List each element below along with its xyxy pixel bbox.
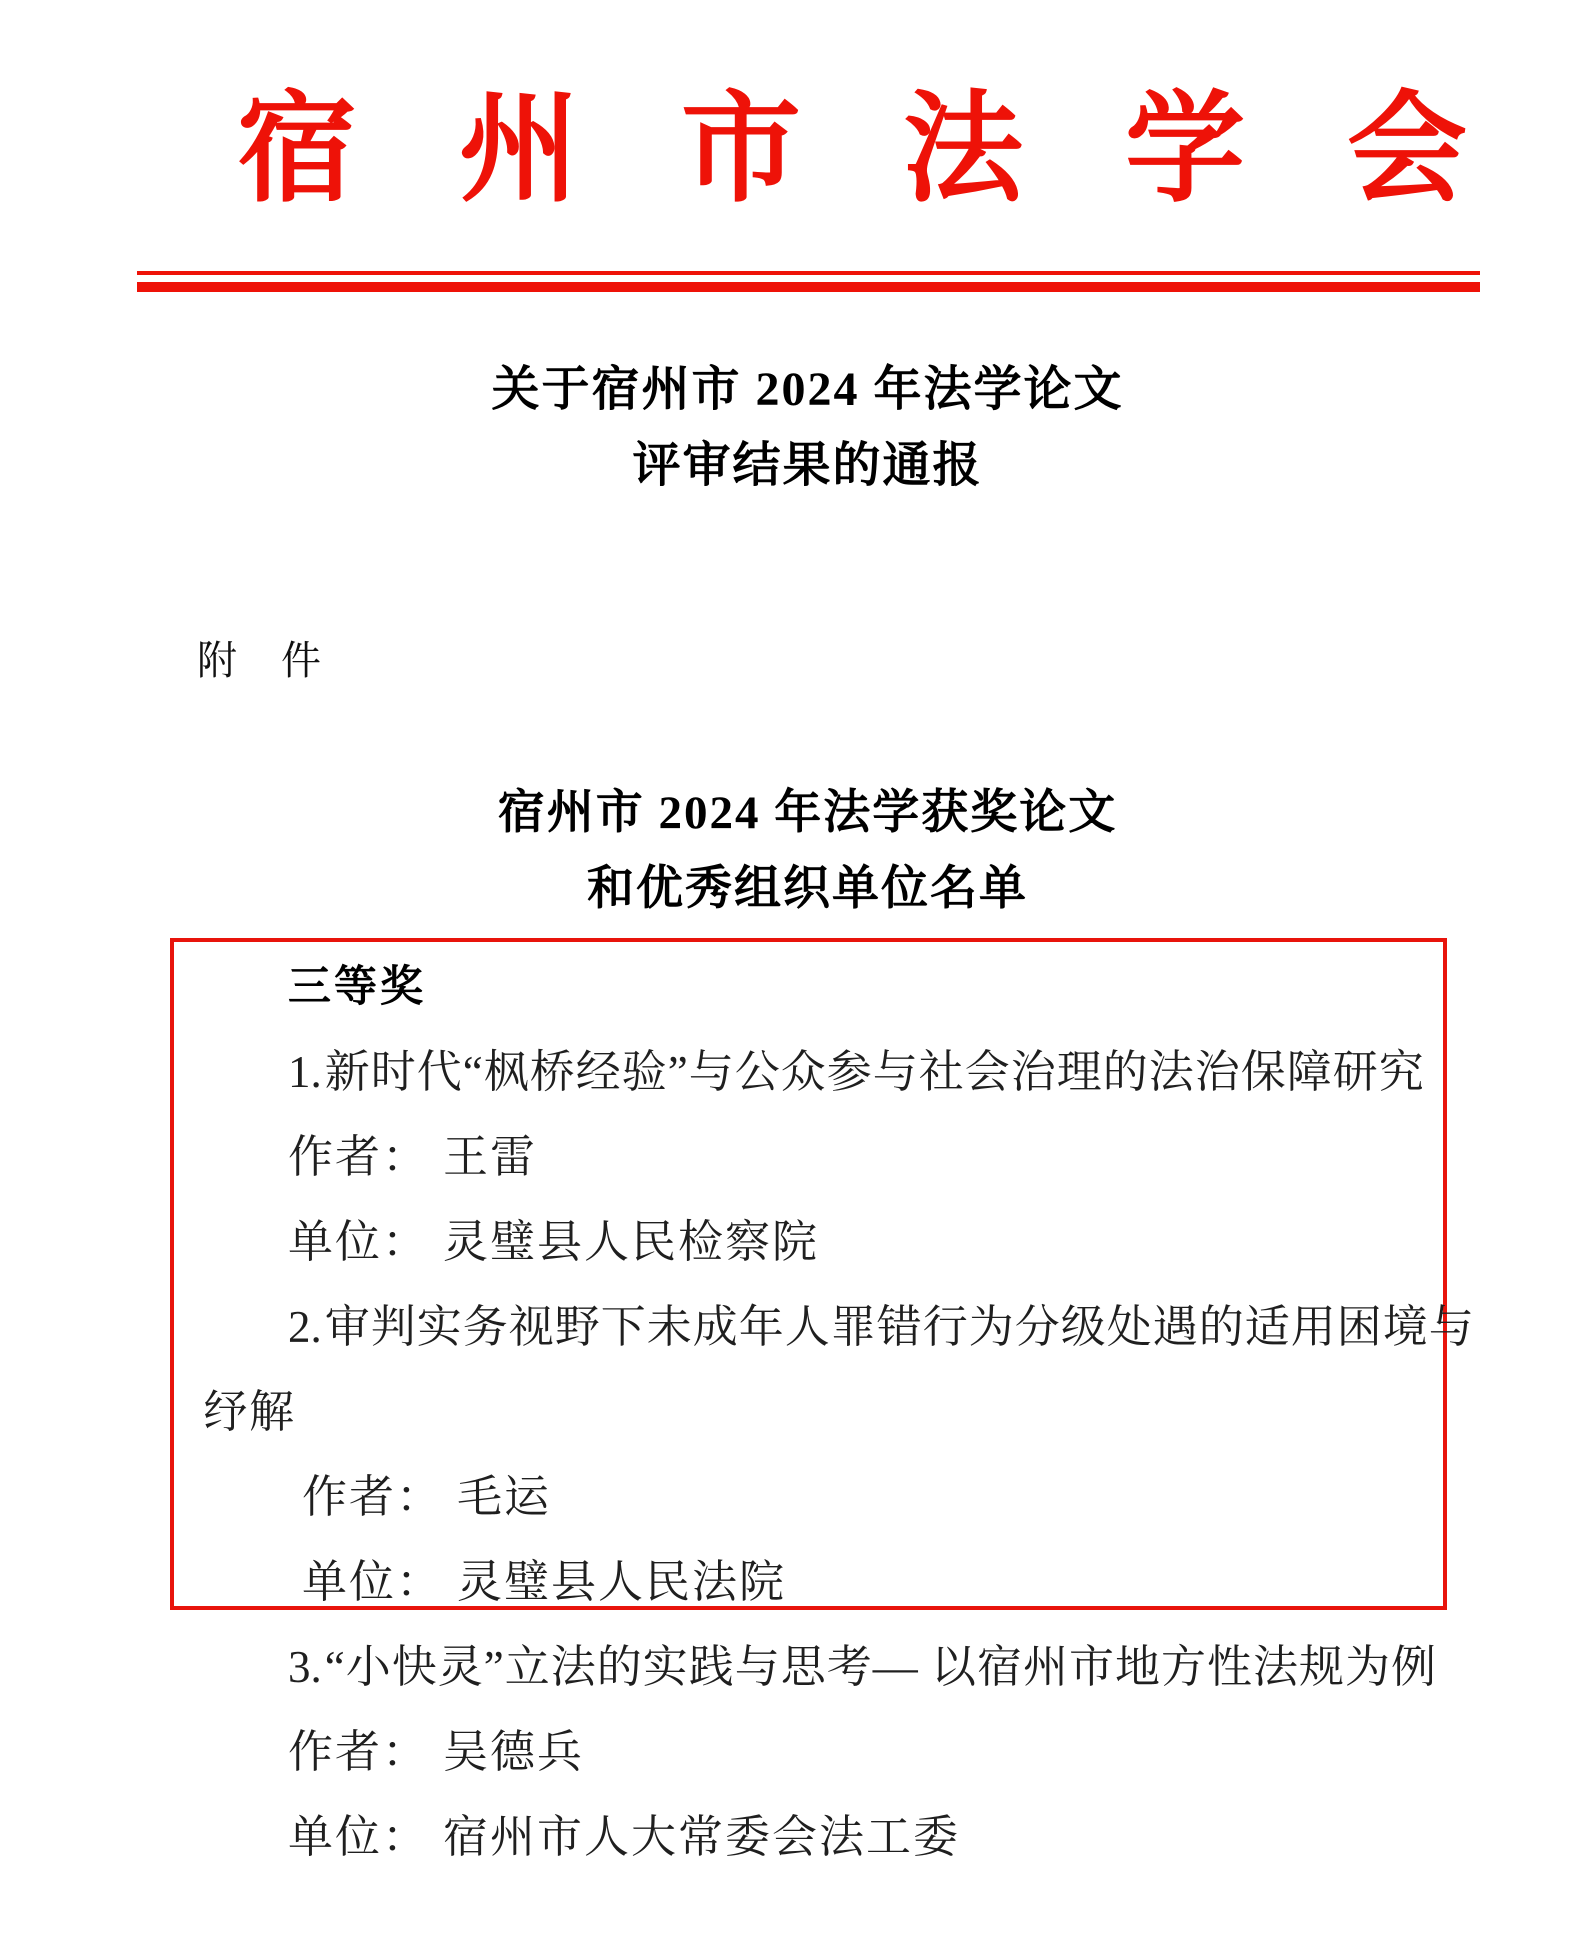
entry-1-author-label: 作者： [288,1132,429,1182]
entry-1-unit-name: 灵璧县人民检察院 [443,1217,819,1267]
entry-1-unit-label: 单位： [288,1217,429,1267]
entry-3-author-label: 作者： [288,1727,429,1777]
list-title-line2: 和优秀组织单位名单 [135,851,1480,927]
entry-3-title: 3.“小快灵”立法的实践与思考— 以宿州市地方性法规为例 [0,1625,1587,1710]
entry-1-title-text: 新时代“枫桥经验”与公众参与社会治理的法治保障研究 [325,1047,1425,1097]
entry-2-title-text: 审判实务视野下未成年人罪错行为分级处遇的适用困境与 [325,1302,1475,1352]
entry-1-title: 1.新时代“枫桥经验”与公众参与社会治理的法治保障研究 [0,1030,1587,1115]
entry-3-title-text: “小快灵”立法的实践与思考— 以宿州市地方性法规为例 [325,1642,1437,1692]
list-title: 宿州市 2024 年法学获奖论文 和优秀组织单位名单 [135,775,1480,927]
masthead-rule-thick [137,282,1480,292]
entry-1-number: 1. [288,1047,322,1097]
entry-1-unit: 单位：灵璧县人民检察院 [0,1200,1587,1285]
awards-list: 三等奖 1.新时代“枫桥经验”与公众参与社会治理的法治保障研究 作者：王雷 单位… [0,945,1587,1880]
attachment-label: 附 件 [197,638,323,684]
entry-2-author-name: 毛运 [457,1472,551,1522]
grade-heading-third-prize: 三等奖 [0,945,1587,1030]
list-title-line1: 宿州市 2024 年法学获奖论文 [135,775,1480,851]
entry-3-author: 作者：吴德兵 [0,1710,1587,1795]
entry-2-unit-name: 灵璧县人民法院 [457,1557,786,1607]
entry-3-unit: 单位：宿州市人大常委会法工委 [0,1795,1587,1880]
notice-title-line1: 关于宿州市 2024 年法学论文 [135,352,1480,428]
entry-2-unit-label: 单位： [302,1557,443,1607]
entry-2-title: 2.审判实务视野下未成年人罪错行为分级处遇的适用困境与 [0,1285,1587,1370]
document-page: 宿州市法学会 关于宿州市 2024 年法学论文 评审结果的通报 附 件 宿州市 … [0,0,1587,1945]
masthead-title: 宿州市法学会 [135,78,1480,222]
entry-1-author: 作者：王雷 [0,1115,1587,1200]
entry-2-number: 2. [288,1302,322,1352]
entry-2-unit: 单位：灵璧县人民法院 [0,1540,1587,1625]
entry-3-unit-label: 单位： [288,1812,429,1862]
entry-2-author-label: 作者： [302,1472,443,1522]
notice-title-line2: 评审结果的通报 [135,428,1480,504]
entry-2-title-continuation: 纾解 [0,1370,1587,1455]
notice-title: 关于宿州市 2024 年法学论文 评审结果的通报 [135,352,1480,504]
entry-3-unit-name: 宿州市人大常委会法工委 [443,1812,960,1862]
entry-3-author-name: 吴德兵 [443,1727,584,1777]
entry-1-author-name: 王雷 [443,1132,537,1182]
entry-3-number: 3. [288,1642,322,1692]
masthead-rule-thin [137,271,1480,275]
entry-2-author: 作者：毛运 [0,1455,1587,1540]
